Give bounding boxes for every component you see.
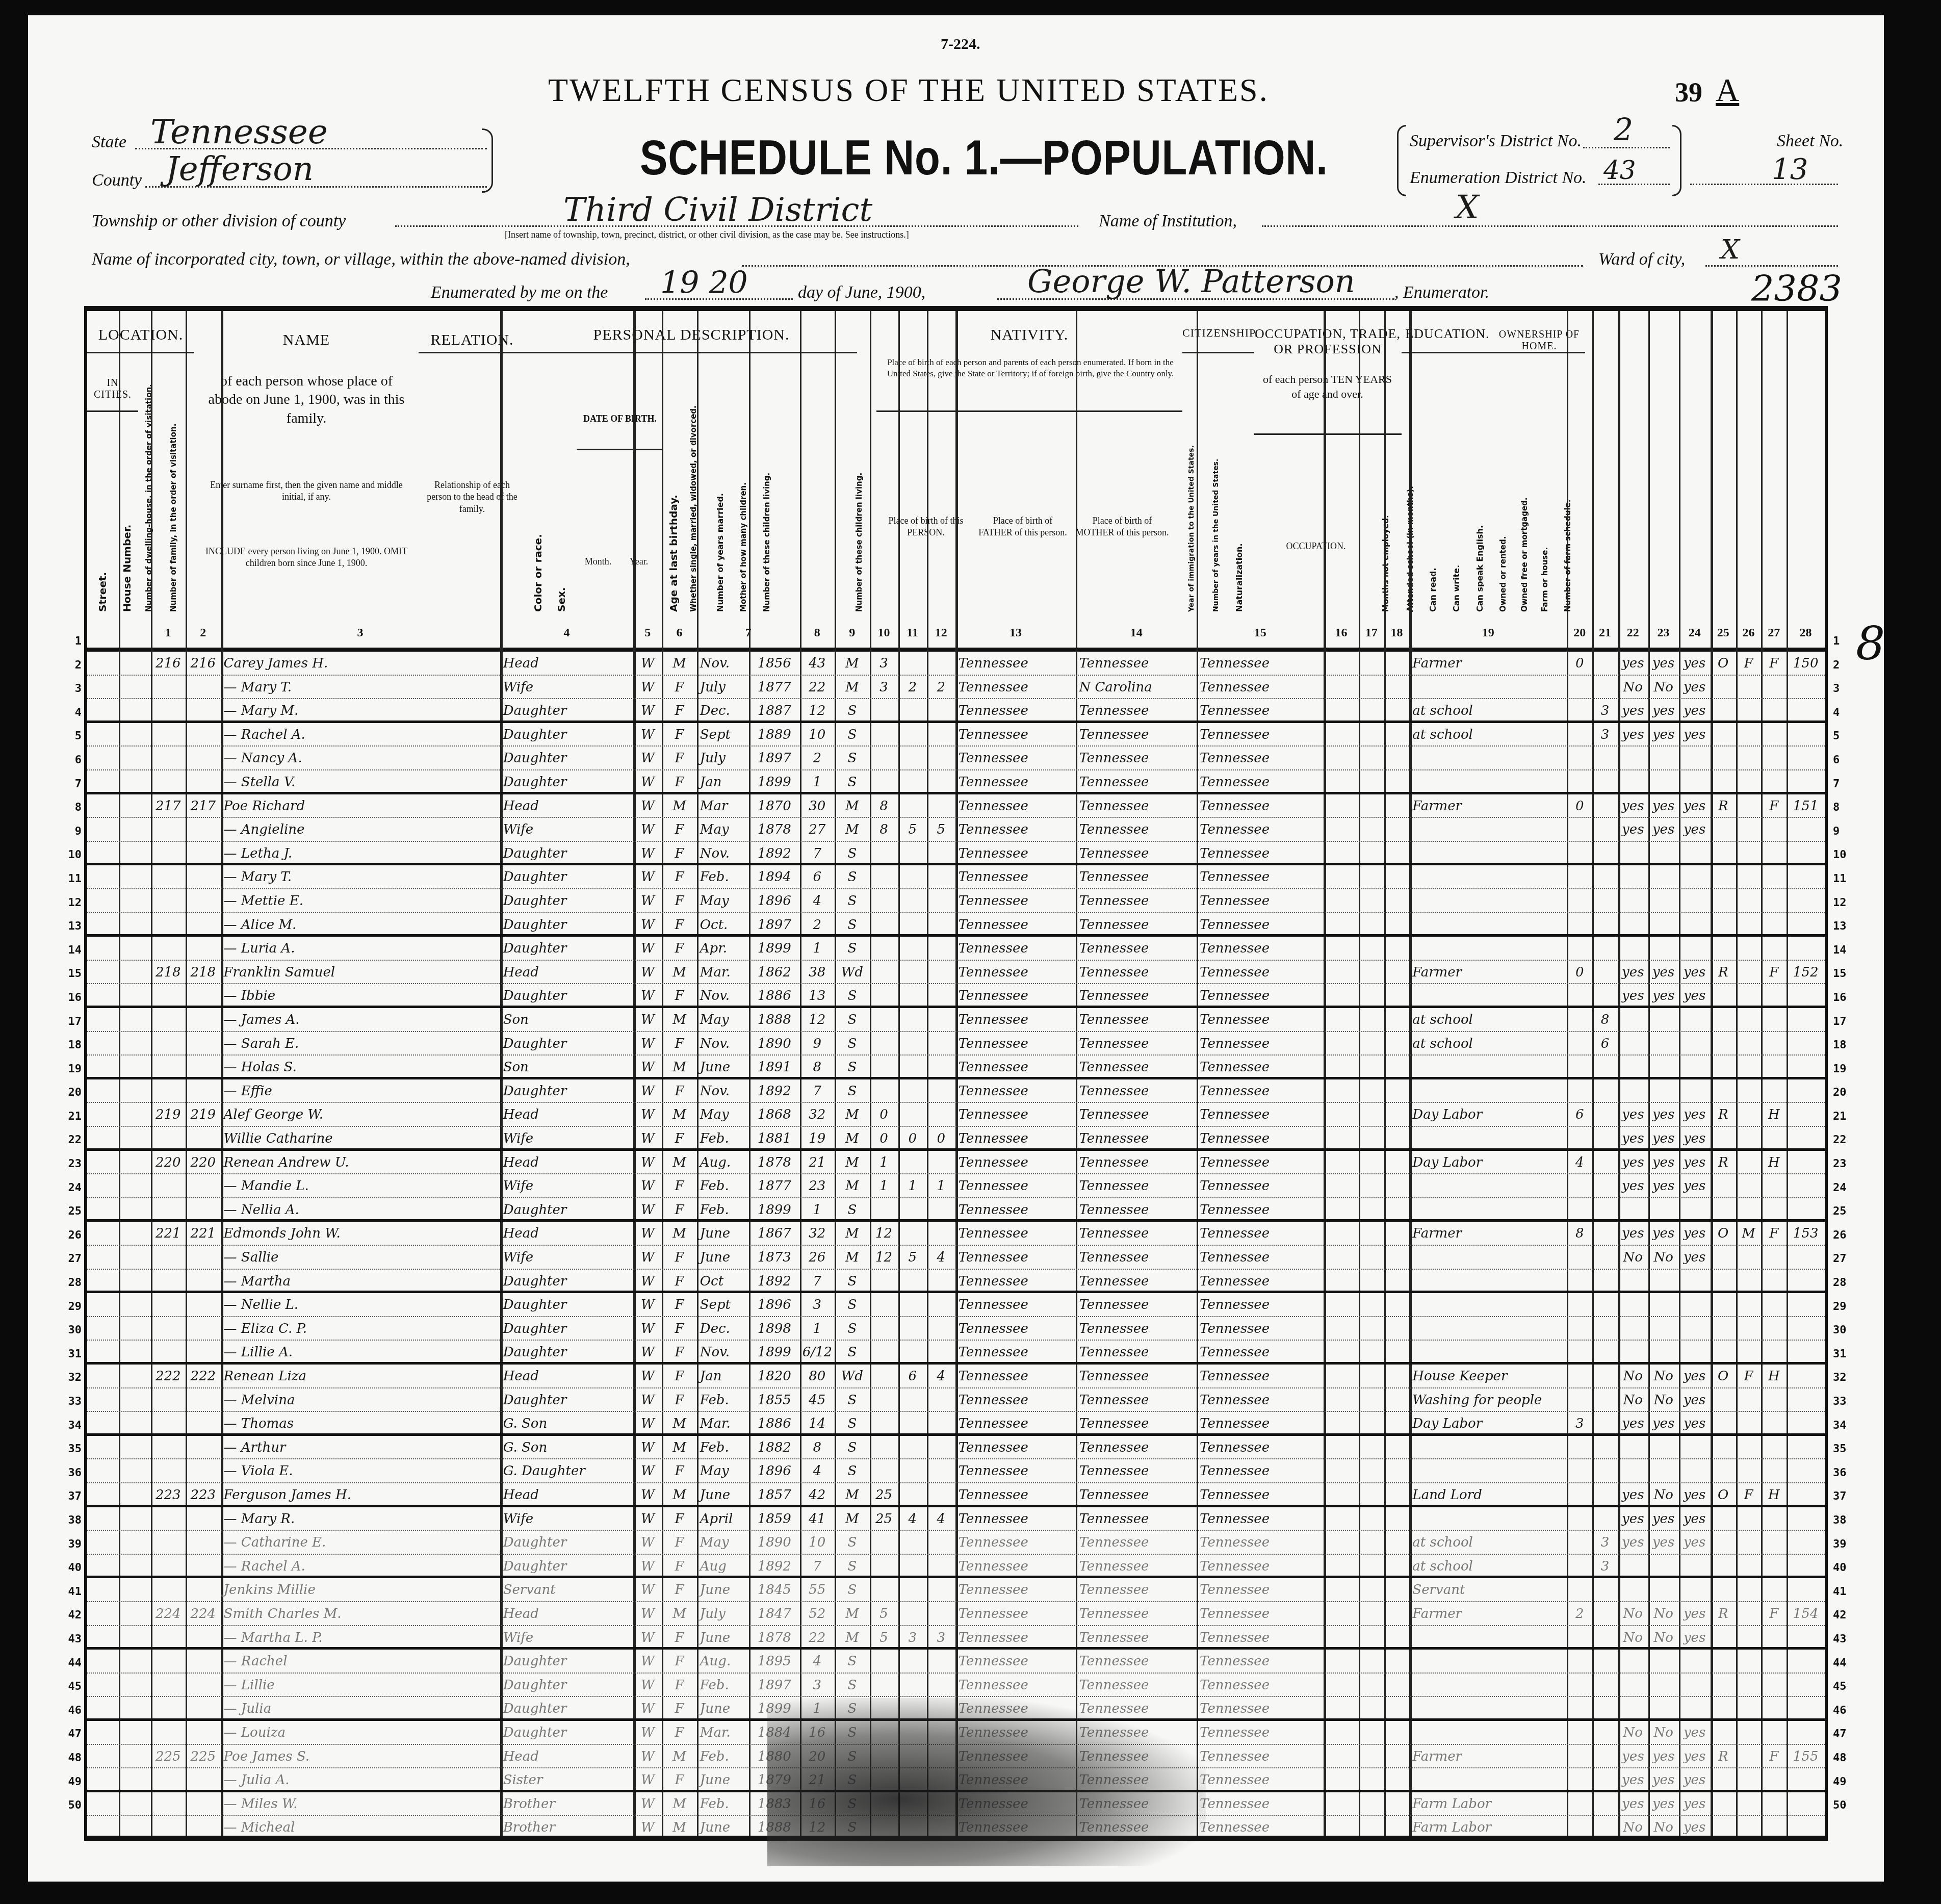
cell-rd: yes — [1618, 984, 1648, 1006]
cell-occ — [1409, 1650, 1567, 1673]
column-number: 18 — [1384, 626, 1410, 640]
cell-mort — [1736, 1293, 1762, 1316]
cell-dw — [151, 984, 186, 1006]
cell-sex: M — [662, 1483, 697, 1505]
row-number: 17 — [1833, 1010, 1864, 1034]
header-can-read: Can read. — [1428, 439, 1438, 612]
cell-rel: Son — [500, 1056, 634, 1077]
cell-rel: Wife — [500, 1626, 634, 1648]
cell-bp: Tennessee — [955, 1127, 1076, 1148]
ward-value: X — [1721, 235, 1740, 265]
rule — [1254, 433, 1402, 435]
cell-dw — [151, 699, 186, 721]
cell-occ — [1409, 889, 1567, 912]
cell-name: — Martha — [221, 1270, 500, 1291]
cell-fh — [1761, 842, 1787, 863]
cell-mo — [898, 1721, 927, 1744]
cell-unemp — [1567, 1697, 1592, 1718]
cell-wr: yes — [1648, 723, 1679, 746]
rule — [526, 352, 857, 353]
cell-fam — [186, 1507, 221, 1530]
cell-unemp — [1567, 1745, 1592, 1768]
cell-wr: yes — [1648, 1412, 1679, 1433]
birth-mother-label: Place of birth of MOTHER of this person. — [1074, 515, 1171, 539]
cell-mar: S — [835, 1317, 870, 1340]
cell-sex: F — [662, 1721, 697, 1744]
cell-yr: 1886 — [749, 984, 800, 1006]
cell-sp: yes — [1679, 676, 1711, 699]
cell-own — [1711, 1412, 1736, 1433]
row-number: 39 — [1833, 1533, 1864, 1557]
cell-name: — Nellie L. — [221, 1293, 500, 1316]
cell-yr: 1897 — [749, 1674, 800, 1696]
cell-age: 43 — [800, 652, 835, 675]
cell-bm: Tennessee — [1197, 747, 1324, 769]
cell-name: Poe Richard — [221, 794, 500, 817]
row-number: 4 — [1833, 701, 1864, 725]
cell-bm: Tennessee — [1197, 961, 1324, 984]
cell-bp: Tennessee — [955, 1650, 1076, 1673]
cell-color: W — [633, 1365, 662, 1387]
cell-ym — [870, 1341, 898, 1362]
cell-fh — [1761, 1816, 1787, 1837]
cell-ym: 1 — [870, 1151, 898, 1174]
cell-fam — [186, 1792, 221, 1815]
cell-fam — [186, 1697, 221, 1718]
cell-mon: Jan — [697, 1365, 749, 1387]
group-in-cities: IN CITIES. — [87, 377, 138, 401]
cell-occ: at school — [1409, 1008, 1567, 1031]
cell-age: 4 — [800, 1650, 835, 1673]
header-children-living-2: Number of these children living. — [855, 362, 864, 612]
cell-mort — [1736, 1317, 1762, 1340]
sheet-line — [1690, 184, 1838, 185]
cell-fh — [1761, 937, 1787, 960]
cell-fh — [1761, 1198, 1787, 1220]
cell-sch — [1592, 1388, 1618, 1411]
cell-mort — [1736, 1768, 1762, 1790]
cell-age: 2 — [800, 747, 835, 769]
cell-name: — Mary T. — [221, 865, 500, 888]
cell-occ — [1409, 1768, 1567, 1790]
cell-sch — [1592, 937, 1618, 960]
row-number: 2 — [1833, 654, 1864, 678]
cell-rd: No — [1618, 1721, 1648, 1744]
cell-bp: Tennessee — [955, 1270, 1076, 1291]
row-number: 42 — [51, 1604, 82, 1628]
cell-color: W — [633, 794, 662, 817]
state-label: State — [92, 133, 126, 152]
cell-color: W — [633, 1127, 662, 1148]
cell-mo — [898, 937, 927, 960]
cell-fam — [186, 1768, 221, 1790]
cell-fh — [1761, 1578, 1787, 1601]
cell-rd: yes — [1618, 1792, 1648, 1815]
cell-mo — [898, 1412, 927, 1433]
cell-rel: Head — [500, 1602, 634, 1625]
cell-rd: No — [1618, 1246, 1648, 1269]
cell-unemp — [1567, 1459, 1592, 1482]
cell-sch — [1592, 1079, 1618, 1102]
table-row: — Stella V.DaughterWFJan18991STennesseeT… — [87, 770, 1825, 794]
cell-sp — [1679, 842, 1711, 863]
cell-occ: Day Labor — [1409, 1412, 1567, 1433]
cell-name: — Stella V. — [221, 770, 500, 792]
cell-sp — [1679, 1674, 1711, 1696]
cell-occ — [1409, 1317, 1567, 1340]
cell-bp: Tennessee — [955, 1293, 1076, 1316]
group-education: EDUCATION. — [1402, 326, 1493, 342]
date-of-birth-label: DATE OF BIRTH. — [577, 413, 663, 425]
cell-rel: Servant — [500, 1578, 634, 1601]
cell-wr — [1648, 1436, 1679, 1459]
cell-unemp — [1567, 1483, 1592, 1505]
cell-mon: Mar — [697, 794, 749, 817]
row-number: 16 — [51, 986, 82, 1010]
cell-bp: Tennessee — [955, 1341, 1076, 1362]
institution-value: X — [1456, 189, 1479, 226]
cell-dw — [151, 1198, 186, 1220]
cell-ym — [870, 723, 898, 746]
row-number: 22 — [1833, 1128, 1864, 1152]
header-free-mortgaged: Owned free or mortgaged. — [1520, 362, 1529, 612]
row-number: 29 — [51, 1295, 82, 1319]
cell-rd — [1618, 1436, 1648, 1459]
cell-fs: 153 — [1787, 1222, 1825, 1245]
cell-fh: H — [1761, 1103, 1787, 1126]
cell-rel: Brother — [500, 1792, 634, 1815]
cell-name: — Julia — [221, 1697, 500, 1718]
cell-mort — [1736, 770, 1762, 792]
row-number: 7 — [51, 773, 82, 796]
cell-rd: yes — [1618, 961, 1648, 984]
cell-bm: Tennessee — [1197, 1032, 1324, 1055]
cell-dw — [151, 1768, 186, 1790]
cell-mo — [898, 770, 927, 792]
occupation-description: of each person TEN YEARS of age and over… — [1257, 372, 1397, 401]
cell-occ: Farmer — [1409, 794, 1567, 817]
table-row: — Julia A.SisterWFJune187921STennesseeTe… — [87, 1768, 1825, 1792]
cell-fs — [1787, 1483, 1825, 1505]
cell-liv — [927, 1079, 955, 1102]
cell-dw — [151, 865, 186, 888]
cell-name: Willie Catharine — [221, 1127, 500, 1148]
cell-rd: yes — [1618, 1768, 1648, 1790]
cell-bf: Tennessee — [1076, 1745, 1197, 1768]
cell-sex: F — [662, 1768, 697, 1790]
cell-wr — [1648, 1056, 1679, 1077]
cell-unemp — [1567, 842, 1592, 863]
cell-unemp: 4 — [1567, 1151, 1592, 1174]
cell-ym: 0 — [870, 1127, 898, 1148]
cell-mort — [1736, 1151, 1762, 1174]
cell-name: — Catharine E. — [221, 1531, 500, 1554]
cell-unemp: 0 — [1567, 652, 1592, 675]
cell-bf: Tennessee — [1076, 1174, 1197, 1197]
cell-sex: F — [662, 1198, 697, 1220]
cell-occ: Land Lord — [1409, 1483, 1567, 1505]
cell-mar: S — [835, 1293, 870, 1316]
header-immigration-year: Year of immigration to the United States… — [1187, 362, 1196, 612]
cell-name: — Angieline — [221, 818, 500, 841]
cell-occ — [1409, 1127, 1567, 1148]
cell-own — [1711, 699, 1736, 721]
cell-rel: Daughter — [500, 1079, 634, 1102]
table-row: — Catharine E.DaughterWFMay189010STennes… — [87, 1531, 1825, 1555]
table-row: — Mary T.WifeWFJuly187722M322TennesseeN … — [87, 676, 1825, 700]
supervisor-label: Supervisor's District No. — [1410, 132, 1582, 151]
cell-sch: 3 — [1592, 699, 1618, 721]
cell-mort — [1736, 1602, 1762, 1625]
cell-rel: Head — [500, 1222, 634, 1245]
cell-rel: Head — [500, 961, 634, 984]
cell-mort — [1736, 1459, 1762, 1482]
cell-name: Poe James S. — [221, 1745, 500, 1768]
header-sex: Sex. — [555, 439, 567, 612]
cell-wr: yes — [1648, 1531, 1679, 1554]
cell-bm: Tennessee — [1197, 1436, 1324, 1459]
cell-dw — [151, 1436, 186, 1459]
cell-liv — [927, 1222, 955, 1245]
cell-own — [1711, 1388, 1736, 1411]
cell-yr: 1820 — [749, 1365, 800, 1387]
cell-occ: Servant — [1409, 1578, 1567, 1601]
column-number: 8 — [800, 626, 835, 640]
cell-own — [1711, 1293, 1736, 1316]
cell-sch — [1592, 1650, 1618, 1673]
cell-wr: No — [1648, 1816, 1679, 1837]
cell-sch — [1592, 1459, 1618, 1482]
cell-unemp — [1567, 1079, 1592, 1102]
cell-fs — [1787, 889, 1825, 912]
cell-name: — Julia A. — [221, 1768, 500, 1790]
cell-own — [1711, 1436, 1736, 1459]
cell-fam: 217 — [186, 794, 221, 817]
cell-yr: 1892 — [749, 1079, 800, 1102]
cell-occ — [1409, 1697, 1567, 1718]
row-number: 1 — [1833, 630, 1864, 654]
enumerator-name: George W. Patterson — [1027, 263, 1355, 300]
cell-mort — [1736, 1032, 1762, 1055]
cell-ym — [870, 1555, 898, 1576]
cell-yr: 1878 — [749, 818, 800, 841]
cell-bp: Tennessee — [955, 1626, 1076, 1648]
cell-bf: Tennessee — [1076, 699, 1197, 721]
cell-dw — [151, 1008, 186, 1031]
cell-bm: Tennessee — [1197, 1602, 1324, 1625]
cell-sch — [1592, 1697, 1618, 1718]
cell-occ — [1409, 1674, 1567, 1696]
cell-wr: yes — [1648, 1745, 1679, 1768]
cell-sp — [1679, 1032, 1711, 1055]
cell-bf: Tennessee — [1076, 1293, 1197, 1316]
cell-sp: yes — [1679, 1768, 1711, 1790]
cell-mon: Feb. — [697, 1127, 749, 1148]
cell-mar: S — [835, 842, 870, 863]
cell-name: — Miles W. — [221, 1792, 500, 1815]
cell-age: 80 — [800, 1365, 835, 1387]
cell-fh — [1761, 889, 1787, 912]
cell-sp — [1679, 770, 1711, 792]
cell-own — [1711, 818, 1736, 841]
cell-unemp: 8 — [1567, 1222, 1592, 1245]
rule — [876, 410, 1182, 412]
cell-mort — [1736, 913, 1762, 935]
row-number: 33 — [1833, 1390, 1864, 1414]
cell-mar: S — [835, 1436, 870, 1459]
cell-color: W — [633, 699, 662, 721]
table-row: 225225Poe James S.HeadWMFeb.188020STenne… — [87, 1745, 1825, 1769]
table-row: — Lillie A.DaughterWFNov.18996/12STennes… — [87, 1341, 1825, 1365]
cell-rel: Head — [500, 1151, 634, 1174]
cell-bm: Tennessee — [1197, 865, 1324, 888]
cell-wr — [1648, 865, 1679, 888]
cell-mon: Apr. — [697, 937, 749, 960]
row-number: 26 — [1833, 1224, 1864, 1248]
row-number: 45 — [51, 1675, 82, 1699]
cell-age: 23 — [800, 1174, 835, 1197]
cell-fs — [1787, 1246, 1825, 1269]
cell-ym — [870, 1293, 898, 1316]
rule — [87, 352, 194, 353]
cell-sp: yes — [1679, 1507, 1711, 1530]
cell-own — [1711, 937, 1736, 960]
row-number: 35 — [51, 1437, 82, 1461]
cell-liv — [927, 1056, 955, 1077]
cell-rd — [1618, 1293, 1648, 1316]
cell-wr — [1648, 1555, 1679, 1576]
cell-mar: S — [835, 1056, 870, 1077]
cell-bm: Tennessee — [1197, 1317, 1324, 1340]
cell-sp — [1679, 1317, 1711, 1340]
row-number: 50 — [51, 1794, 82, 1818]
cell-dw — [151, 842, 186, 863]
table-row: 216216Carey James H.HeadWMNov.185643M3Te… — [87, 652, 1825, 676]
cell-color: W — [633, 818, 662, 841]
name-description: of each person whose place of abode on J… — [204, 372, 408, 428]
row-number: 12 — [51, 891, 82, 915]
cell-ym: 8 — [870, 794, 898, 817]
cell-age: 55 — [800, 1578, 835, 1601]
cell-mon: Nov. — [697, 842, 749, 863]
cell-mar: S — [835, 1388, 870, 1411]
cell-yr: 1877 — [749, 1174, 800, 1197]
row-number: 23 — [1833, 1152, 1864, 1176]
cell-sch — [1592, 984, 1618, 1006]
cell-mort — [1736, 1436, 1762, 1459]
cell-mort — [1736, 1721, 1762, 1744]
cell-rel: Head — [500, 1103, 634, 1126]
cell-fh — [1761, 1626, 1787, 1648]
cell-rd — [1618, 1555, 1648, 1576]
cell-name: — Mettie E. — [221, 889, 500, 912]
cell-bf: Tennessee — [1076, 984, 1197, 1006]
cell-fam — [186, 1079, 221, 1102]
cell-sex: F — [662, 842, 697, 863]
cell-dw — [151, 1816, 186, 1837]
row-number: 26 — [51, 1224, 82, 1248]
cell-own: R — [1711, 794, 1736, 817]
row-number: 36 — [1833, 1461, 1864, 1485]
name-instruction-1: Enter surname first, then the given name… — [204, 479, 408, 503]
cell-mort — [1736, 1531, 1762, 1554]
cell-unemp — [1567, 1365, 1592, 1387]
cell-sch — [1592, 961, 1618, 984]
cell-rd: No — [1618, 1626, 1648, 1648]
cell-color: W — [633, 1531, 662, 1554]
cell-fs — [1787, 1768, 1825, 1790]
cell-ym — [870, 937, 898, 960]
cell-rel: Daughter — [500, 1341, 634, 1362]
cell-sch — [1592, 1745, 1618, 1768]
cell-occ: Farm Labor — [1409, 1792, 1567, 1815]
cell-rd — [1618, 1650, 1648, 1673]
cell-sex: M — [662, 1436, 697, 1459]
cell-rd: yes — [1618, 1412, 1648, 1433]
cell-mon: Feb. — [697, 1792, 749, 1815]
cell-sp: yes — [1679, 1412, 1711, 1433]
cell-bf: Tennessee — [1076, 1507, 1197, 1530]
cell-occ: Farmer — [1409, 652, 1567, 675]
table-row: — Eliza C. P.DaughterWFDec.18981STenness… — [87, 1317, 1825, 1341]
cell-sp — [1679, 747, 1711, 769]
cell-own — [1711, 842, 1736, 863]
cell-mar: S — [835, 1008, 870, 1031]
cell-bm: Tennessee — [1197, 1459, 1324, 1482]
cell-sp: yes — [1679, 652, 1711, 675]
cell-dw — [151, 1578, 186, 1601]
cell-fam — [186, 1721, 221, 1744]
cell-bf: Tennessee — [1076, 1459, 1197, 1482]
cell-name: — Eliza C. P. — [221, 1317, 500, 1340]
cell-own: O — [1711, 1365, 1736, 1387]
cell-sex: F — [662, 889, 697, 912]
cell-name: — Martha L. P. — [221, 1626, 500, 1648]
cell-dw — [151, 1388, 186, 1411]
cell-bf: Tennessee — [1076, 1412, 1197, 1433]
cell-color: W — [633, 1198, 662, 1220]
cell-own — [1711, 1650, 1736, 1673]
cell-rd: No — [1618, 1816, 1648, 1837]
cell-rel: Daughter — [500, 1555, 634, 1576]
cell-color: W — [633, 1436, 662, 1459]
cell-occ: Farmer — [1409, 1602, 1567, 1625]
cell-occ — [1409, 1198, 1567, 1220]
cell-rd — [1618, 889, 1648, 912]
row-number: 37 — [51, 1485, 82, 1509]
cell-bm: Tennessee — [1197, 1531, 1324, 1554]
row-number: 39 — [51, 1533, 82, 1557]
cell-sp — [1679, 1008, 1711, 1031]
cell-rel: G. Son — [500, 1412, 634, 1433]
table-row: — Rachel A.DaughterWFSept188910STennesse… — [87, 723, 1825, 747]
cell-bm: Tennessee — [1197, 723, 1324, 746]
cell-age: 32 — [800, 1222, 835, 1245]
cell-unemp — [1567, 1317, 1592, 1340]
cell-bp: Tennessee — [955, 1578, 1076, 1601]
cell-unemp — [1567, 1792, 1592, 1815]
cell-bf: N Carolina — [1076, 676, 1197, 699]
cell-fam — [186, 937, 221, 960]
cell-age: 22 — [800, 1626, 835, 1648]
cell-bp: Tennessee — [955, 1602, 1076, 1625]
cell-rel: Daughter — [500, 1531, 634, 1554]
cell-mar: M — [835, 1222, 870, 1245]
cell-fam — [186, 1816, 221, 1837]
cell-mo — [898, 1745, 927, 1768]
cell-fam — [186, 984, 221, 1006]
cell-sch — [1592, 652, 1618, 675]
